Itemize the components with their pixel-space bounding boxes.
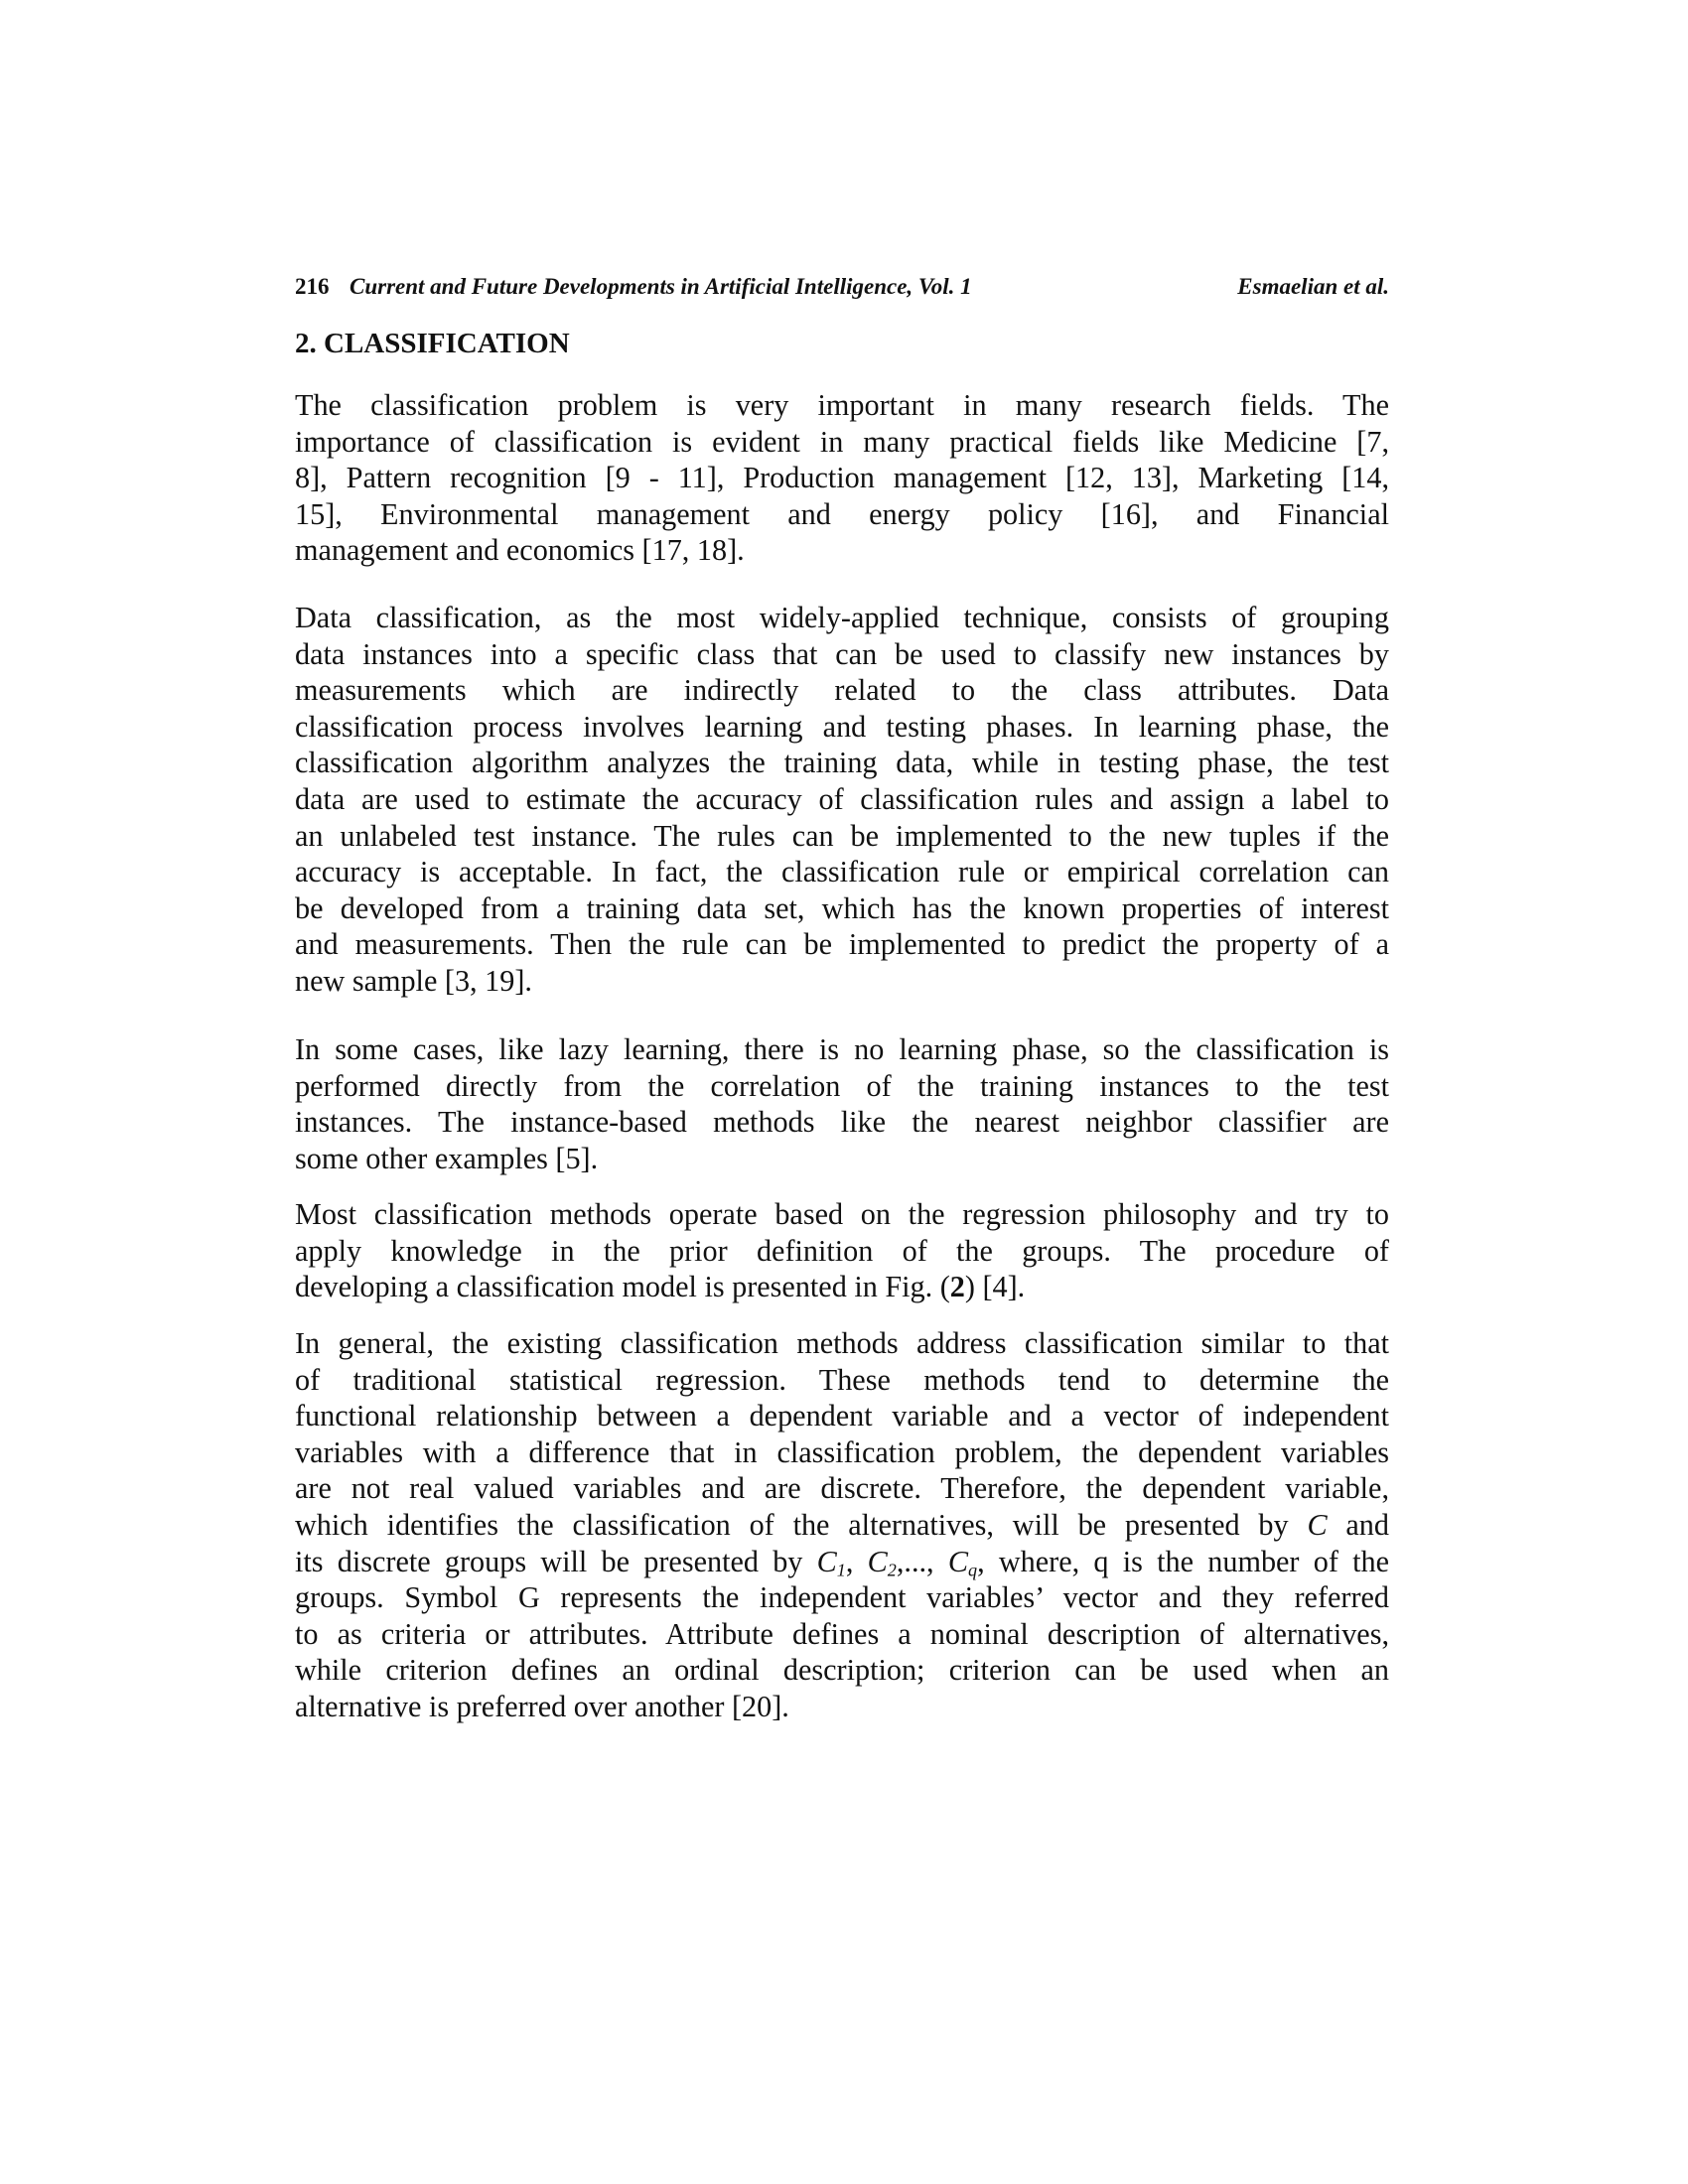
- fig-ref-prefix: developing a classification model is pre…: [295, 1270, 950, 1303]
- text-line: management and economics [17, 18].: [295, 532, 1389, 569]
- text-line: new sample [3, 19].: [295, 963, 1389, 1000]
- figure-number: 2: [950, 1270, 965, 1303]
- text-line: instances. The instance-based methods li…: [295, 1104, 1389, 1141]
- text-line: accuracy is acceptable. In fact, the cla…: [295, 854, 1389, 890]
- text-line: functional relationship between a depend…: [295, 1398, 1389, 1434]
- paragraph-5: In general, the existing classification …: [295, 1325, 1389, 1725]
- text-line: variables with a difference that in clas…: [295, 1434, 1389, 1471]
- paragraph-1: The classification problem is very impor…: [295, 387, 1389, 569]
- text-line: developing a classification model is pre…: [295, 1269, 1389, 1305]
- fig-ref-suffix: ) [4].: [965, 1270, 1025, 1303]
- text-line: to as criteria or attributes. Attribute …: [295, 1616, 1389, 1653]
- text-line: classification process involves learning…: [295, 709, 1389, 746]
- text-line: alternative is preferred over another [2…: [295, 1689, 1389, 1725]
- variable-c: C: [1307, 1508, 1327, 1542]
- text-line: measurements which are indirectly relate…: [295, 672, 1389, 709]
- paragraph-4: Most classification methods operate base…: [295, 1196, 1389, 1305]
- text-line: data instances into a specific class tha…: [295, 636, 1389, 673]
- text-line: an unlabeled test instance. The rules ca…: [295, 818, 1389, 855]
- authors: Esmaelian et al.: [1237, 274, 1389, 300]
- text-line: Most classification methods operate base…: [295, 1196, 1389, 1233]
- page-number: 216: [295, 274, 330, 300]
- variable-c2: C2: [868, 1545, 897, 1578]
- text-line: apply knowledge in the prior definition …: [295, 1233, 1389, 1270]
- text-line: Data classification, as the most widely-…: [295, 600, 1389, 636]
- text-line: data are used to estimate the accuracy o…: [295, 781, 1389, 818]
- paragraph-2: Data classification, as the most widely-…: [295, 600, 1389, 1000]
- running-header: 216 Current and Future Developments in A…: [295, 274, 1389, 304]
- text-line: In general, the existing classification …: [295, 1325, 1389, 1362]
- paragraph-3: In some cases, like lazy learning, there…: [295, 1031, 1389, 1176]
- text-line: which identifies the classification of t…: [295, 1507, 1389, 1544]
- text-line: groups. Symbol G represents the independ…: [295, 1579, 1389, 1616]
- text-line: and measurements. Then the rule can be i…: [295, 926, 1389, 963]
- text-line: while criterion defines an ordinal descr…: [295, 1652, 1389, 1689]
- text-line: 15], Environmental management and energy…: [295, 496, 1389, 533]
- variable-c1: C1: [817, 1545, 846, 1578]
- text-line: The classification problem is very impor…: [295, 387, 1389, 424]
- text-line: In some cases, like lazy learning, there…: [295, 1031, 1389, 1068]
- text-line: 8], Pattern recognition [9 - 11], Produc…: [295, 460, 1389, 496]
- text-line: are not real valued variables and are di…: [295, 1470, 1389, 1507]
- text-line: some other examples [5].: [295, 1141, 1389, 1177]
- text-line: performed directly from the correlation …: [295, 1068, 1389, 1105]
- text-line: classification algorithm analyzes the tr…: [295, 745, 1389, 781]
- variable-cq: Cq: [948, 1545, 977, 1578]
- text-line: of traditional statistical regression. T…: [295, 1362, 1389, 1399]
- text-line: its discrete groups will be presented by…: [295, 1544, 1389, 1580]
- book-title: Current and Future Developments in Artif…: [350, 274, 972, 300]
- text-line: importance of classification is evident …: [295, 424, 1389, 461]
- text-line: be developed from a training data set, w…: [295, 890, 1389, 927]
- section-heading: 2. CLASSIFICATION: [295, 328, 570, 360]
